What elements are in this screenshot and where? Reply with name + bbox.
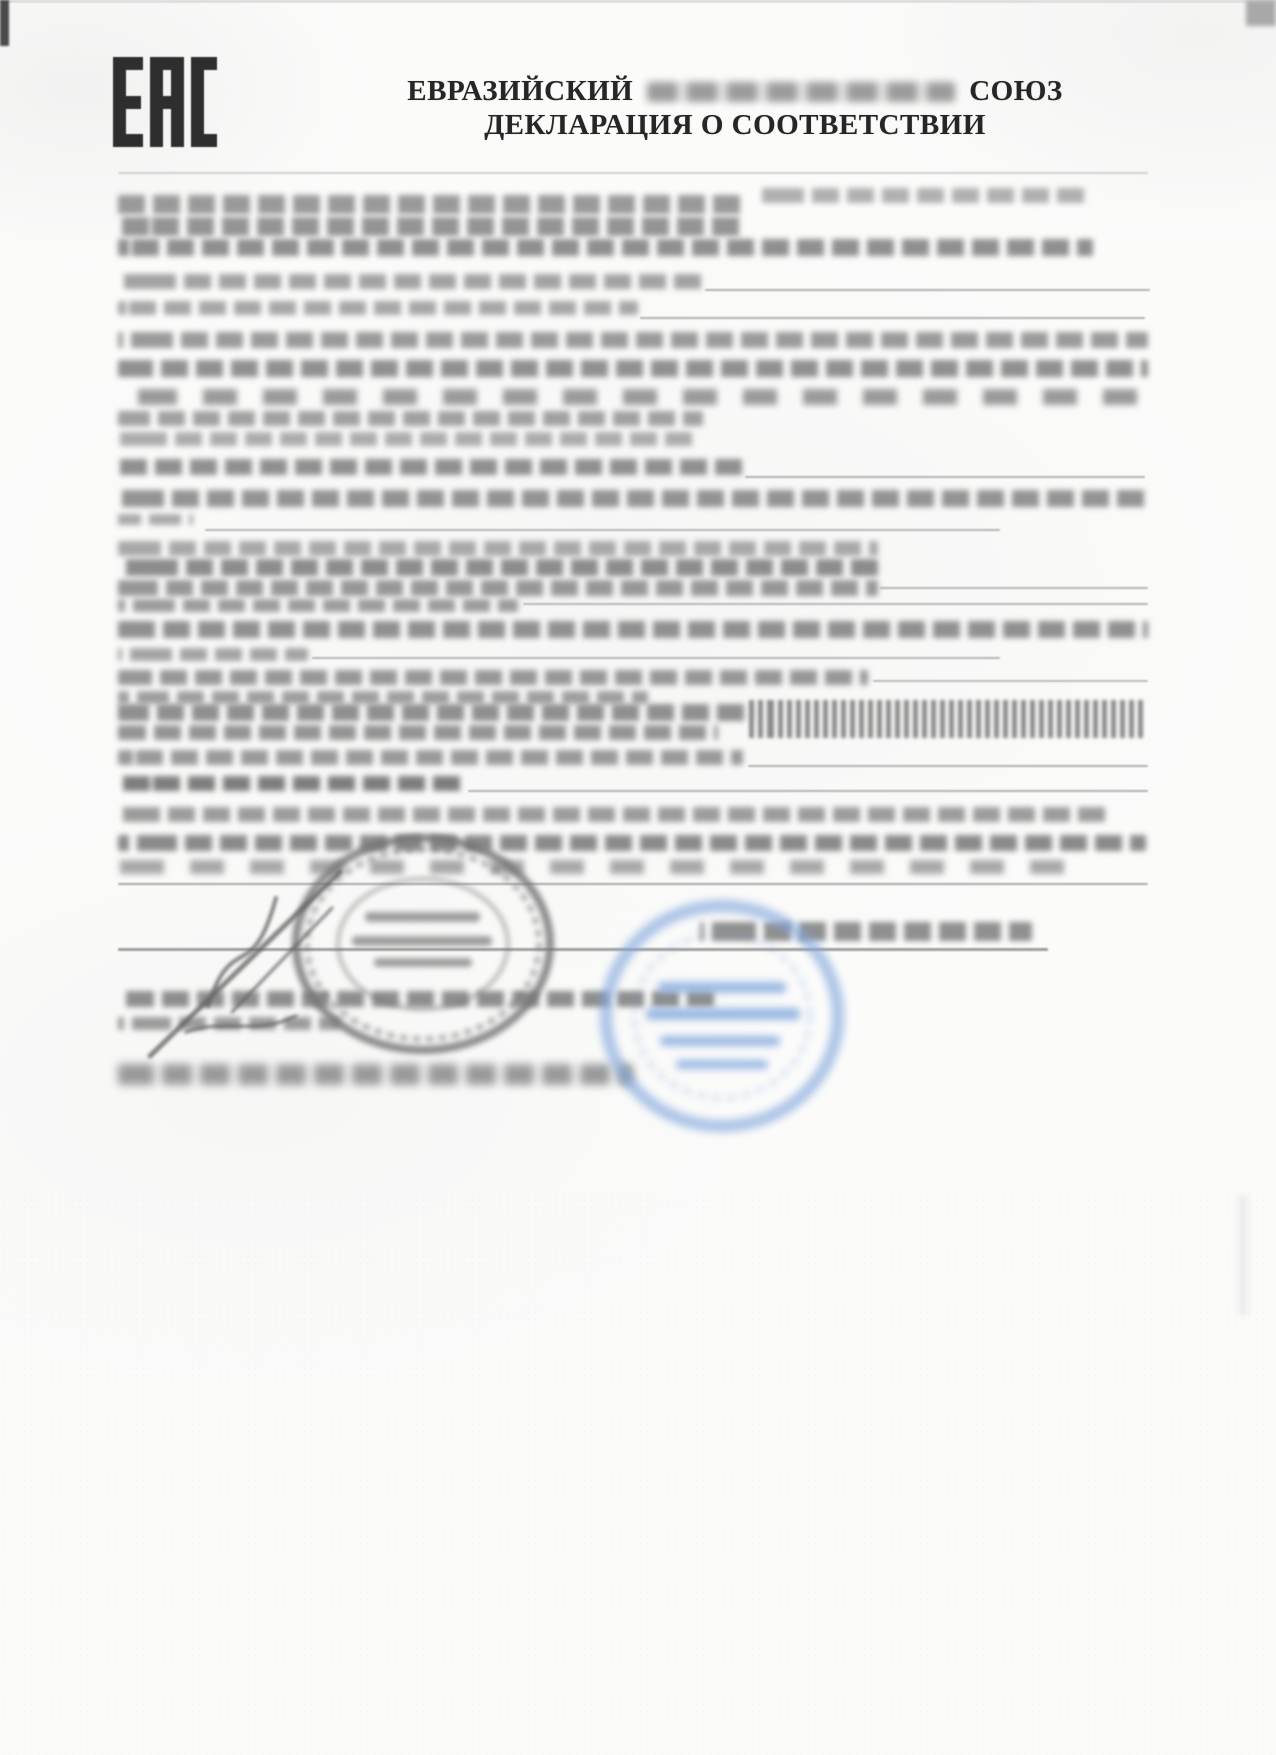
- stamps-layer: [0, 0, 1276, 1755]
- scan-artifact-top-left-corner: [0, 0, 9, 46]
- blue-stamp-center-text: [646, 982, 800, 1069]
- scan-artifact-right-crease: [1238, 1195, 1248, 1315]
- signature-strokes: [150, 872, 340, 1056]
- dark-seal-center-text: [352, 912, 492, 967]
- scanned-declaration-page: ЕВРАЗИЙСКИЙ СОЮЗ ДЕКЛАРАЦИЯ О СООТВЕТСТВ…: [0, 0, 1276, 1755]
- scan-artifact-top-right-corner: [1246, 0, 1276, 26]
- scan-artifact-top-edge: [0, 0, 1276, 3]
